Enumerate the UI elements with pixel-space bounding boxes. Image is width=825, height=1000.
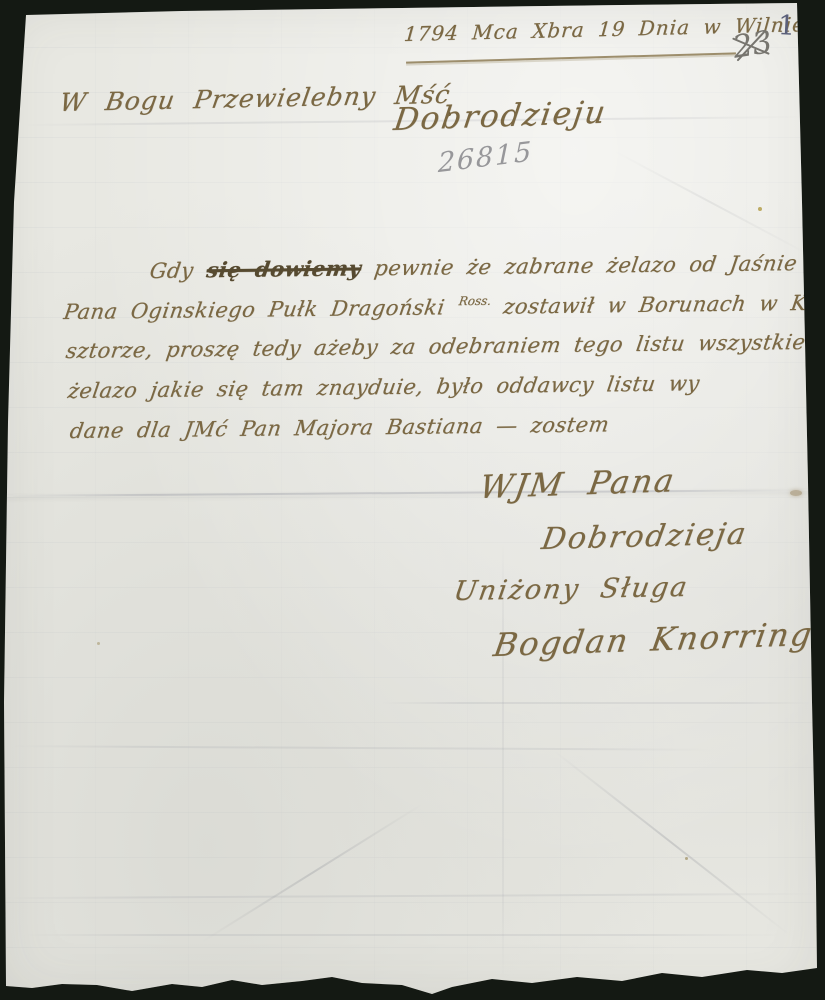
paper-speck <box>97 642 100 645</box>
letter-paper-sheet: 1794 Mca Xbra 19 Dnia w Wilnie 1 23 W Bo… <box>2 2 820 996</box>
paper-crease <box>12 745 712 751</box>
signature-bogdan-knorring: Bogdan Knorring <box>491 615 816 664</box>
paper-fold-line <box>2 489 814 497</box>
body-line-2-superscript: Ross. <box>458 294 492 308</box>
body-line-1-post: pewnie że zabrane żelazo od Jaśnie <box>373 251 799 280</box>
folio-number-pencil: 1 <box>777 10 796 42</box>
paper-crease <box>382 702 812 704</box>
paper-crease <box>22 934 782 936</box>
body-line-2-b: zostawił w Borunach w Kla= <box>502 290 825 318</box>
body-line-5: dane dla JMć Pan Majora Bastiana — zoste… <box>68 412 611 443</box>
archive-number-pencil: 26815 <box>438 136 534 179</box>
paper-speck <box>758 207 762 211</box>
paper-crease <box>502 542 504 982</box>
paper-crease-diagonal <box>615 150 810 255</box>
fold-stain <box>790 490 802 496</box>
paper-crease <box>2 893 814 899</box>
body-line-4: żelazo jakie się tam znayduie, było odda… <box>66 371 701 403</box>
body-line-1: Gdy się dowiemy pewnie że zabrane żelazo… <box>148 250 799 283</box>
body-line-3: sztorze, proszę tedy ażeby za odebraniem… <box>64 330 807 363</box>
body-line-2-a: Pana Oginskiego Pułk Dragoński <box>62 295 446 324</box>
salutation-line-2: Dobrodzieju <box>391 94 609 138</box>
paper-speck <box>685 857 688 860</box>
body-line-1-pre: Gdy <box>148 258 195 283</box>
closing-line-3: Uniżony Sługa <box>452 572 691 607</box>
body-line-2: Pana Oginskiego Pułk Dragoński Ross. zos… <box>62 289 825 324</box>
paper-crease-diagonal <box>553 750 790 936</box>
closing-line-2: Dobrodzieja <box>539 517 750 558</box>
body-line-1-struck-words: się dowiemy <box>205 255 363 282</box>
pencil-crossed-number: 23 <box>730 24 775 66</box>
salutation-line-1: W Bogu Przewielebny Mść <box>58 80 453 117</box>
date-line-underline <box>406 52 736 63</box>
paper-crease-diagonal <box>201 803 422 942</box>
photo-stage: 1794 Mca Xbra 19 Dnia w Wilnie 1 23 W Bo… <box>0 0 825 1000</box>
closing-line-1: WJM Pana <box>477 461 678 506</box>
